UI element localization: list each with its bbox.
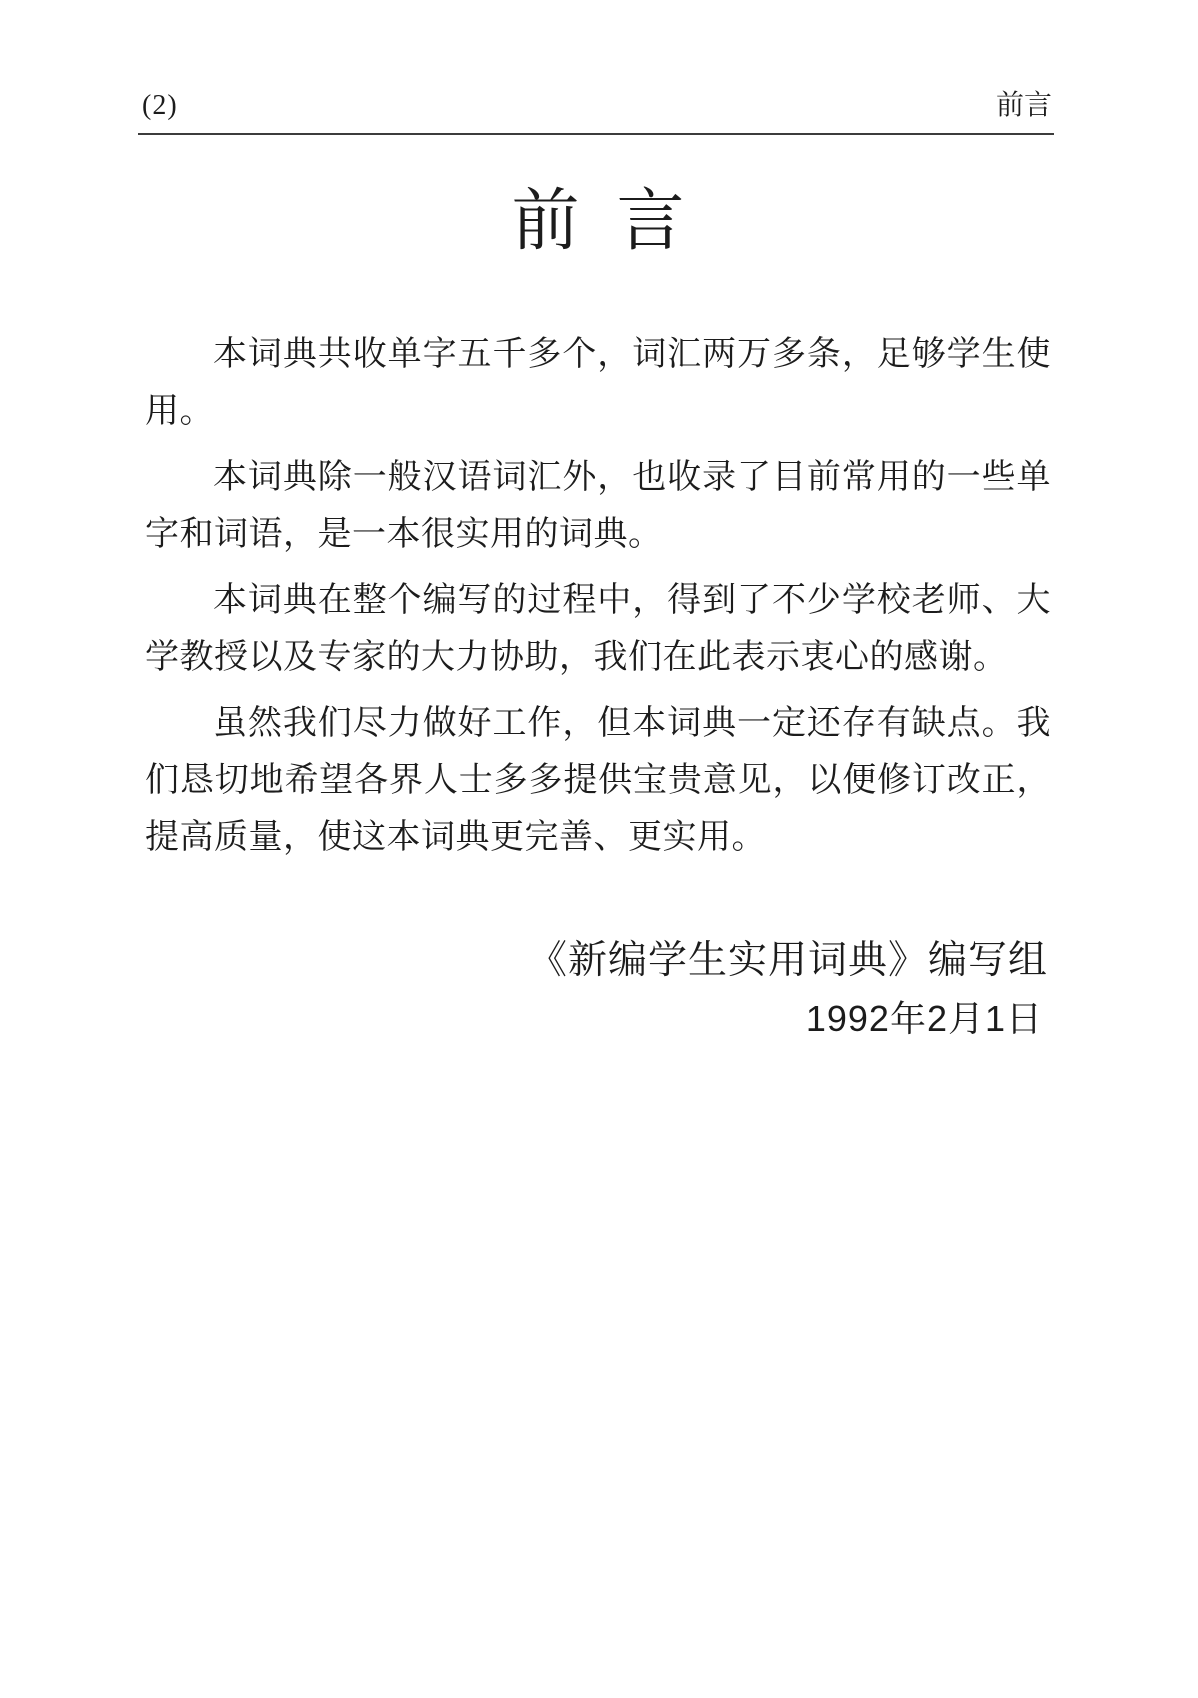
- page-title: 前 言: [0, 178, 1198, 264]
- running-title: 前言: [996, 88, 1052, 124]
- paragraph: 本词典在整个编写的过程中，得到了不少学校老师、大学教授以及专家的大力协助，我们在…: [145, 572, 1051, 686]
- header-rule: [138, 133, 1054, 135]
- document-page: (2) 前言 前 言 本词典共收单字五千多个，词汇两万多条，足够学生使用。 本词…: [0, 0, 1198, 1698]
- signature-block: 《新编学生实用词典》编写组 1992年2月1日: [528, 936, 1048, 1042]
- running-header: (2) 前言: [142, 88, 1052, 124]
- signature-date: 1992年2月1日: [528, 996, 1048, 1042]
- signature-author: 《新编学生实用词典》编写组: [528, 936, 1048, 986]
- paragraph: 本词典除一般汉语词汇外，也收录了目前常用的一些单字和词语，是一本很实用的词典。: [145, 449, 1051, 563]
- paragraph: 虽然我们尽力做好工作，但本词典一定还存有缺点。我们恳切地希望各界人士多多提供宝贵…: [145, 695, 1051, 866]
- preface-body: 本词典共收单字五千多个，词汇两万多条，足够学生使用。 本词典除一般汉语词汇外，也…: [145, 326, 1051, 875]
- page-number: (2): [142, 88, 178, 124]
- paragraph: 本词典共收单字五千多个，词汇两万多条，足够学生使用。: [145, 326, 1051, 440]
